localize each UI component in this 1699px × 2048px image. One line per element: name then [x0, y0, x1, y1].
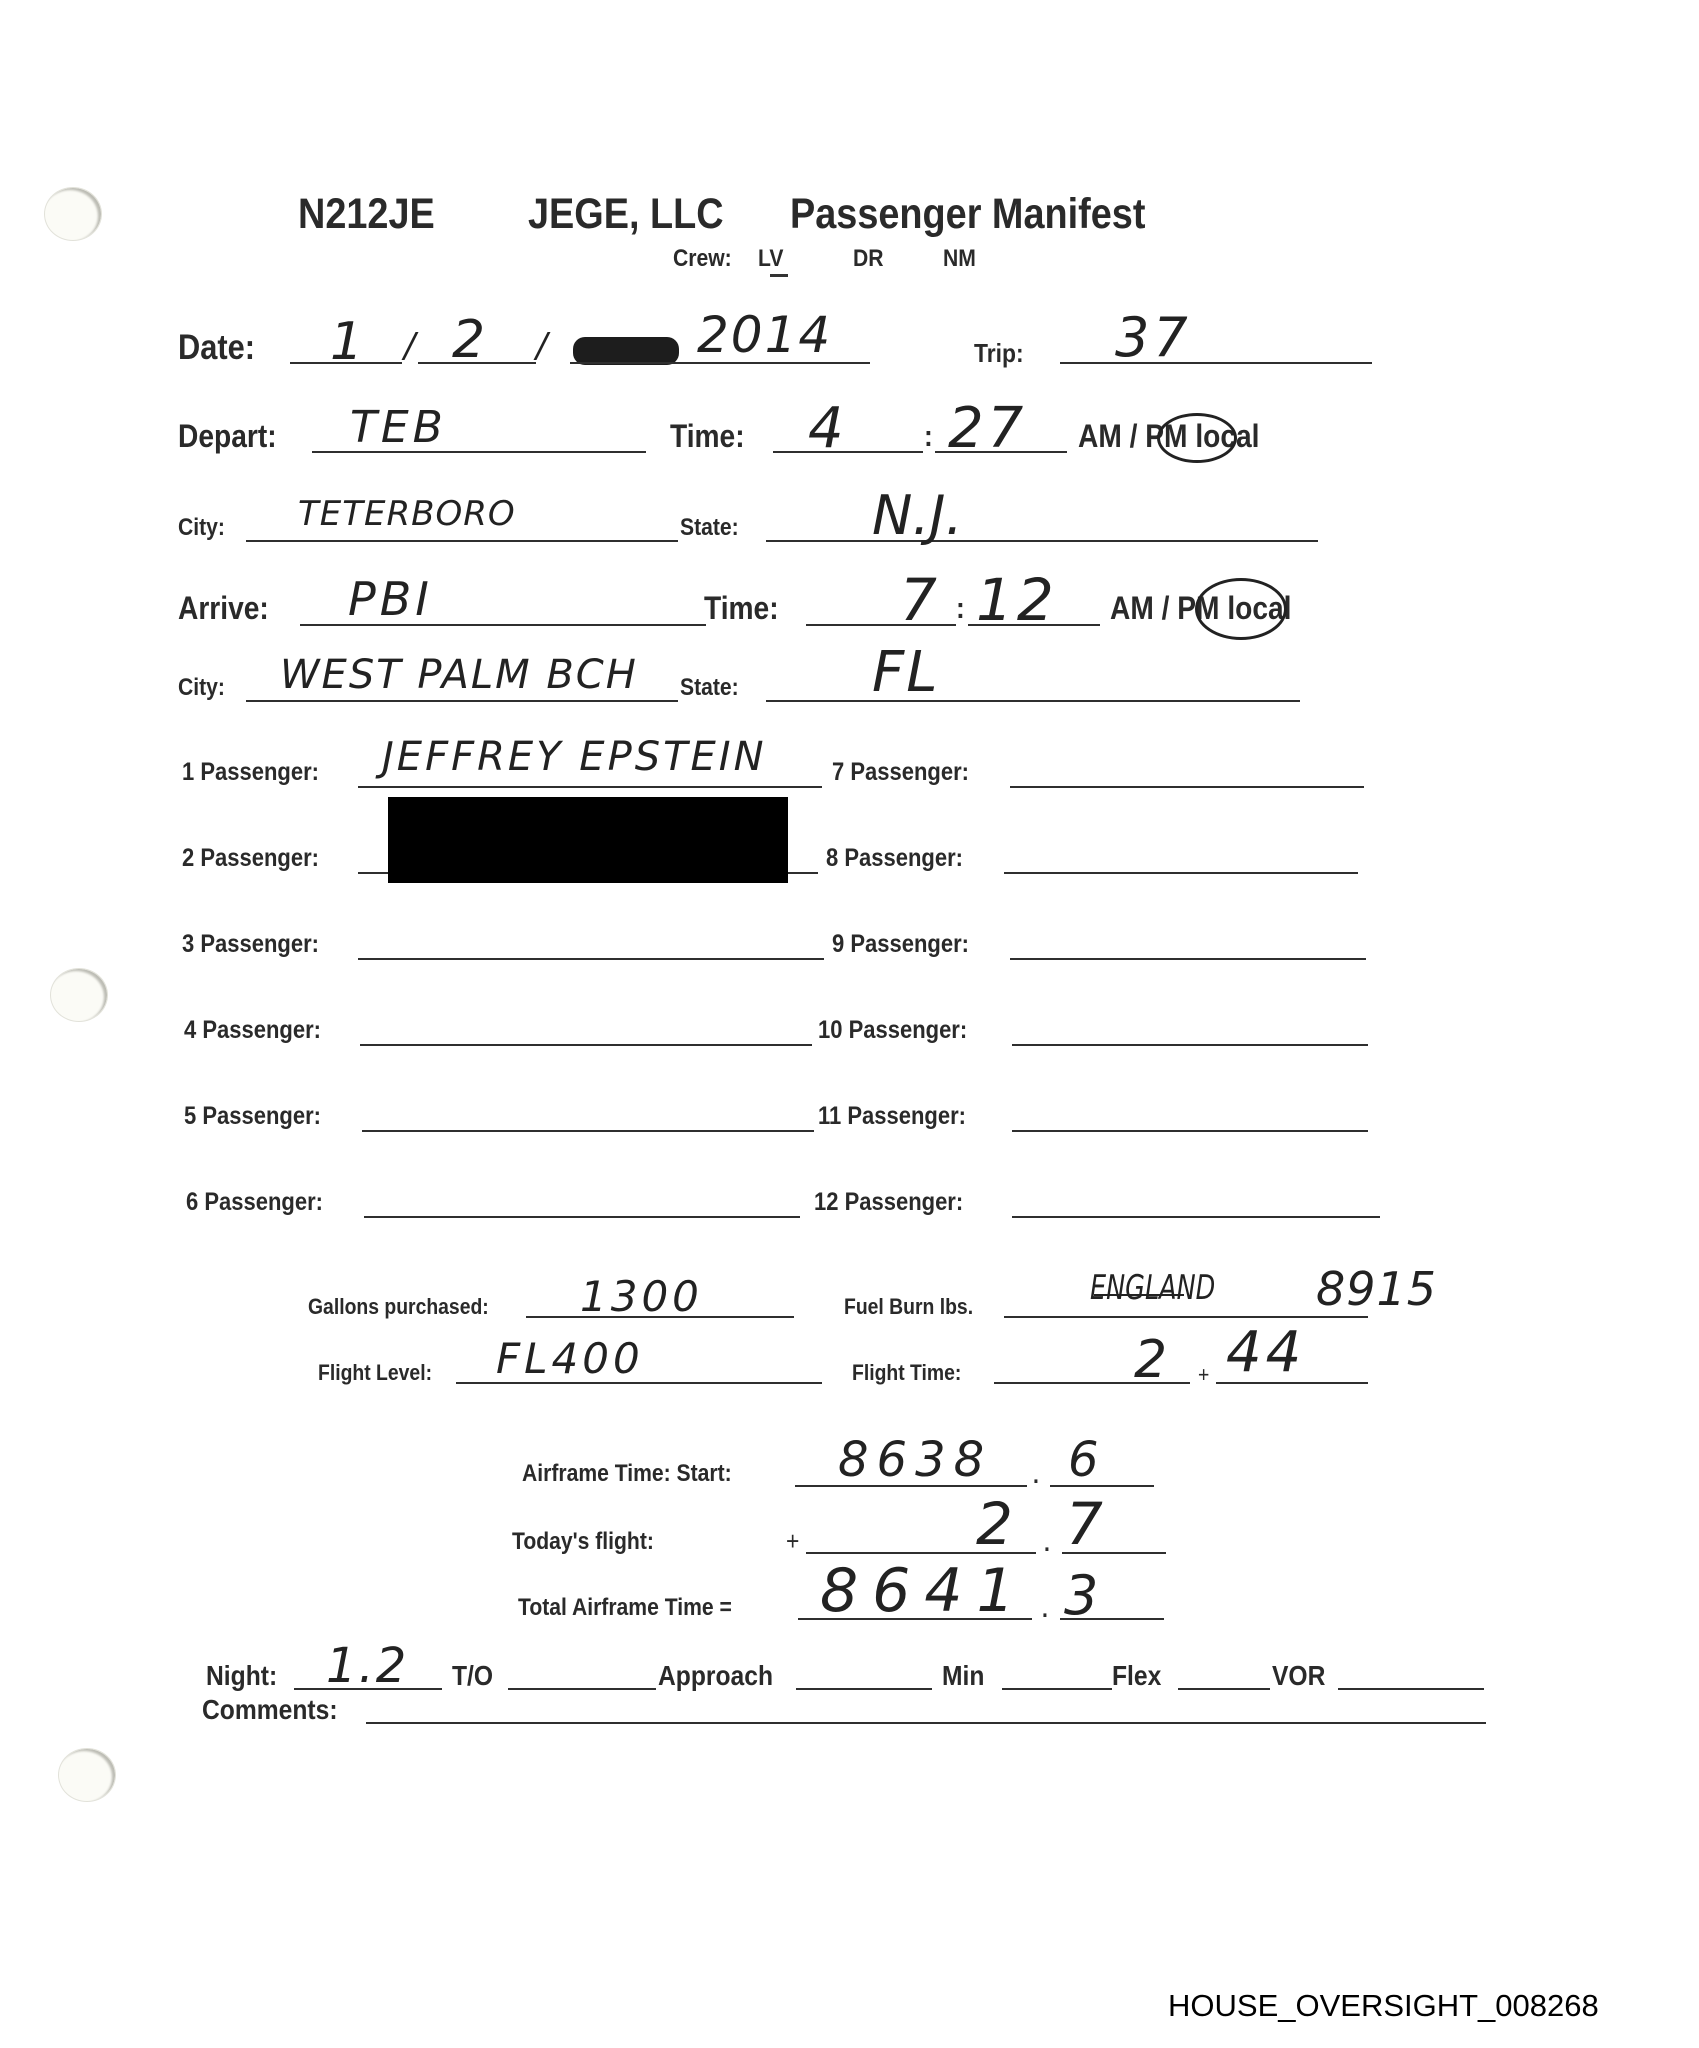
- airframe-start-label: Airframe Time: Start:: [522, 1460, 732, 1488]
- passenger-6-label: 6 Passenger:: [186, 1188, 323, 1217]
- todays-flight-plus: +: [786, 1526, 799, 1557]
- passenger-1-line: [358, 786, 822, 788]
- depart-label: Depart:: [178, 418, 277, 455]
- gallons-value[interactable]: 1300: [580, 1272, 703, 1321]
- arrive-city-label: City:: [178, 674, 225, 702]
- flex-line: [1178, 1688, 1270, 1690]
- flight-time-separator: +: [1198, 1362, 1209, 1388]
- depart-city-label: City:: [178, 514, 225, 542]
- arrive-city-line: [246, 700, 678, 702]
- depart-state-label: State:: [680, 514, 739, 542]
- night-label: Night:: [206, 1660, 277, 1692]
- passenger-7-label: 7 Passenger:: [832, 758, 969, 787]
- passenger-4-line: [360, 1044, 812, 1046]
- passenger-8-label: 8 Passenger:: [826, 844, 963, 873]
- passenger-5-line: [362, 1130, 814, 1132]
- min-line: [1002, 1688, 1112, 1690]
- passenger-6-line: [364, 1216, 800, 1218]
- crew-lv-mark: [770, 274, 788, 277]
- todays-flight-tenth-value[interactable]: 7: [1066, 1490, 1107, 1558]
- total-airframe-label: Total Airframe Time =: [518, 1594, 732, 1622]
- comments-label: Comments:: [202, 1694, 338, 1726]
- fuel-burn-strikethrough: [1094, 1294, 1184, 1296]
- passenger-10-line: [1012, 1044, 1368, 1046]
- to-label: T/O: [452, 1660, 493, 1692]
- arrive-time-label: Time:: [704, 590, 779, 627]
- passenger-7-line: [1010, 786, 1364, 788]
- flight-time-minutes-value[interactable]: 44: [1226, 1320, 1305, 1385]
- date-year-value[interactable]: 2014: [697, 306, 832, 364]
- crew-label: Crew:: [673, 245, 732, 273]
- date-month-value[interactable]: 1: [330, 312, 367, 372]
- company-name: JEGE, LLC: [528, 190, 724, 239]
- date-redaction: [573, 337, 679, 365]
- depart-hour-value[interactable]: 4: [808, 396, 848, 461]
- passenger-1-label: 1 Passenger:: [182, 758, 319, 787]
- comments-line[interactable]: [366, 1722, 1486, 1724]
- passenger-12-line: [1012, 1216, 1380, 1218]
- trip-line: [1060, 362, 1372, 364]
- page-title: Passenger Manifest: [790, 190, 1145, 239]
- approach-line: [796, 1688, 932, 1690]
- passenger-5-label: 5 Passenger:: [184, 1102, 321, 1131]
- passenger-1-name[interactable]: JEFFREY EPSTEIN: [382, 734, 767, 780]
- arrive-label: Arrive:: [178, 590, 269, 627]
- depart-pm-circle[interactable]: [1157, 413, 1237, 463]
- gallons-label: Gallons purchased:: [308, 1294, 489, 1320]
- passenger-2-label: 2 Passenger:: [182, 844, 319, 873]
- to-line: [508, 1688, 656, 1690]
- arrive-minute-value[interactable]: 12: [976, 566, 1058, 634]
- airframe-start-tenth-value[interactable]: 6: [1068, 1432, 1103, 1488]
- arrive-city-value[interactable]: WEST PALM BCH: [280, 652, 638, 698]
- arrive-time-colon: :: [956, 592, 965, 626]
- todays-flight-label: Today's flight:: [512, 1528, 654, 1556]
- passenger-9-line: [1010, 958, 1366, 960]
- depart-minute-value[interactable]: 27: [948, 396, 1027, 461]
- date-label: Date:: [178, 328, 255, 368]
- arrive-state-label: State:: [680, 674, 739, 702]
- todays-flight-whole-value[interactable]: 2: [976, 1490, 1017, 1558]
- depart-city-line: [246, 540, 678, 542]
- depart-hour-line: [773, 451, 923, 453]
- passenger-3-line: [358, 958, 824, 960]
- bates-number: HOUSE_OVERSIGHT_008268: [1168, 1988, 1599, 2024]
- vor-label: VOR: [1272, 1660, 1325, 1692]
- depart-state-line: [766, 540, 1318, 542]
- crew-lv: LV: [758, 245, 783, 273]
- fuel-burn-value[interactable]: 8915: [1316, 1262, 1437, 1316]
- arrive-pm-circle[interactable]: [1195, 578, 1287, 640]
- hole-punch-top: [44, 187, 102, 241]
- flight-level-label: Flight Level:: [318, 1360, 432, 1386]
- vor-line: [1338, 1688, 1484, 1690]
- min-label: Min: [942, 1660, 984, 1692]
- date-sep-1: /: [404, 326, 419, 366]
- arrive-state-line: [766, 700, 1300, 702]
- crew-dr: DR: [853, 245, 884, 273]
- arrive-state-value[interactable]: FL: [872, 640, 939, 705]
- airframe-start-whole-value[interactable]: 8638: [838, 1432, 992, 1488]
- depart-value[interactable]: TEB: [350, 402, 447, 453]
- total-airframe-dot: .: [1042, 1596, 1048, 1624]
- flight-level-value[interactable]: FL400: [496, 1334, 644, 1383]
- flex-label: Flex: [1112, 1660, 1161, 1692]
- passenger-10-label: 10 Passenger:: [818, 1016, 967, 1045]
- total-airframe-tenth-value[interactable]: 3: [1064, 1564, 1102, 1627]
- fuel-burn-struck-value: ENGLAND: [1090, 1268, 1215, 1308]
- fuel-burn-line: [1004, 1316, 1368, 1318]
- passenger-11-line: [1012, 1130, 1368, 1132]
- passenger-11-label: 11 Passenger:: [818, 1102, 966, 1131]
- arrive-value[interactable]: PBI: [348, 572, 433, 626]
- passenger-8-line: [1004, 872, 1358, 874]
- depart-city-value[interactable]: TETERBORO: [298, 494, 516, 534]
- passenger-3-label: 3 Passenger:: [182, 930, 319, 959]
- depart-state-value[interactable]: N.J.: [872, 484, 963, 547]
- passenger-9-label: 9 Passenger:: [832, 930, 969, 959]
- date-day-value[interactable]: 2: [452, 310, 489, 370]
- night-value[interactable]: 1.2: [326, 1638, 408, 1694]
- flight-time-label: Flight Time:: [852, 1360, 961, 1386]
- date-sep-2: /: [536, 326, 551, 366]
- depart-time-colon: :: [924, 420, 933, 454]
- flight-time-hours-value[interactable]: 2: [1134, 1330, 1171, 1390]
- airframe-start-dot: .: [1033, 1462, 1039, 1490]
- fuel-burn-label: Fuel Burn lbs.: [844, 1294, 973, 1320]
- tail-number: N212JE: [298, 190, 435, 239]
- approach-label: Approach: [658, 1660, 773, 1692]
- passenger-12-label: 12 Passenger:: [814, 1188, 963, 1217]
- todays-flight-dot: .: [1044, 1530, 1050, 1558]
- arrive-hour-value[interactable]: 7: [900, 566, 941, 634]
- crew-nm: NM: [943, 245, 976, 273]
- trip-value[interactable]: 37: [1115, 306, 1192, 369]
- depart-time-label: Time:: [670, 418, 745, 455]
- passenger-2-redaction: [388, 797, 788, 883]
- total-airframe-whole-value[interactable]: 8641: [820, 1556, 1029, 1626]
- passenger-4-label: 4 Passenger:: [184, 1016, 321, 1045]
- hole-punch-middle: [50, 968, 108, 1022]
- trip-label: Trip:: [974, 338, 1024, 369]
- hole-punch-bottom: [58, 1748, 116, 1802]
